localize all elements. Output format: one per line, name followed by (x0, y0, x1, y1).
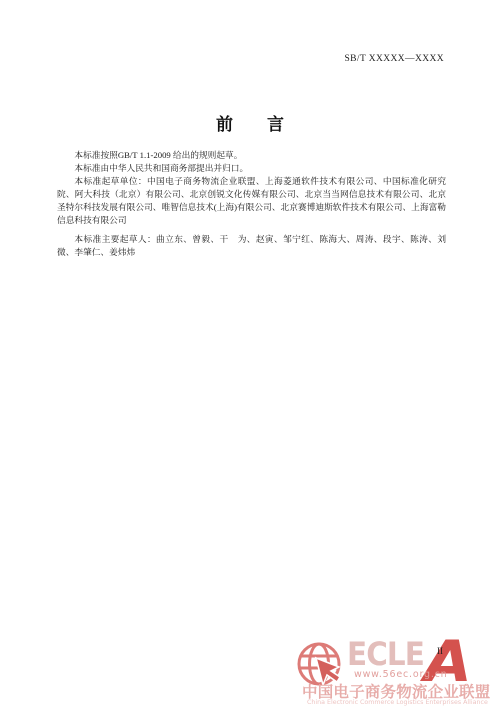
standard-number: SB/T XXXXX—XXXX (344, 54, 444, 64)
document-page: SB/T XXXXX—XXXX 前 言 本标准按照GB/T 1.1-2009 给… (0, 0, 500, 707)
paragraph-main-drafters: 本标准主要起草人：曲立东、曾毅、干 为、赵寅、邹宁红、陈海大、周涛、段宇、陈涛、… (57, 233, 446, 259)
page-number: II (437, 646, 443, 656)
foreword-content: 本标准按照GB/T 1.1-2009 给出的规则起草。 本标准由中华人民共和国商… (57, 149, 446, 259)
logo-acronym-light: ECLE (347, 638, 424, 670)
paragraph-drafting-organizations: 本标准起草单位：中国电子商务物流企业联盟、上海菱通软件技术有限公司、中国标准化研… (57, 175, 446, 227)
logo-org-name-english: China Electronic Commerce Logistics Ente… (307, 699, 488, 706)
paragraph-drafting-rule: 本标准按照GB/T 1.1-2009 给出的规则起草。 (57, 149, 446, 162)
foreword-title: 前 言 (0, 110, 500, 135)
paragraph-proposing-body: 本标准由中华人民共和国商务部提出并归口。 (57, 162, 446, 175)
logo-website-url: www.56ec.org.cn (354, 669, 447, 680)
